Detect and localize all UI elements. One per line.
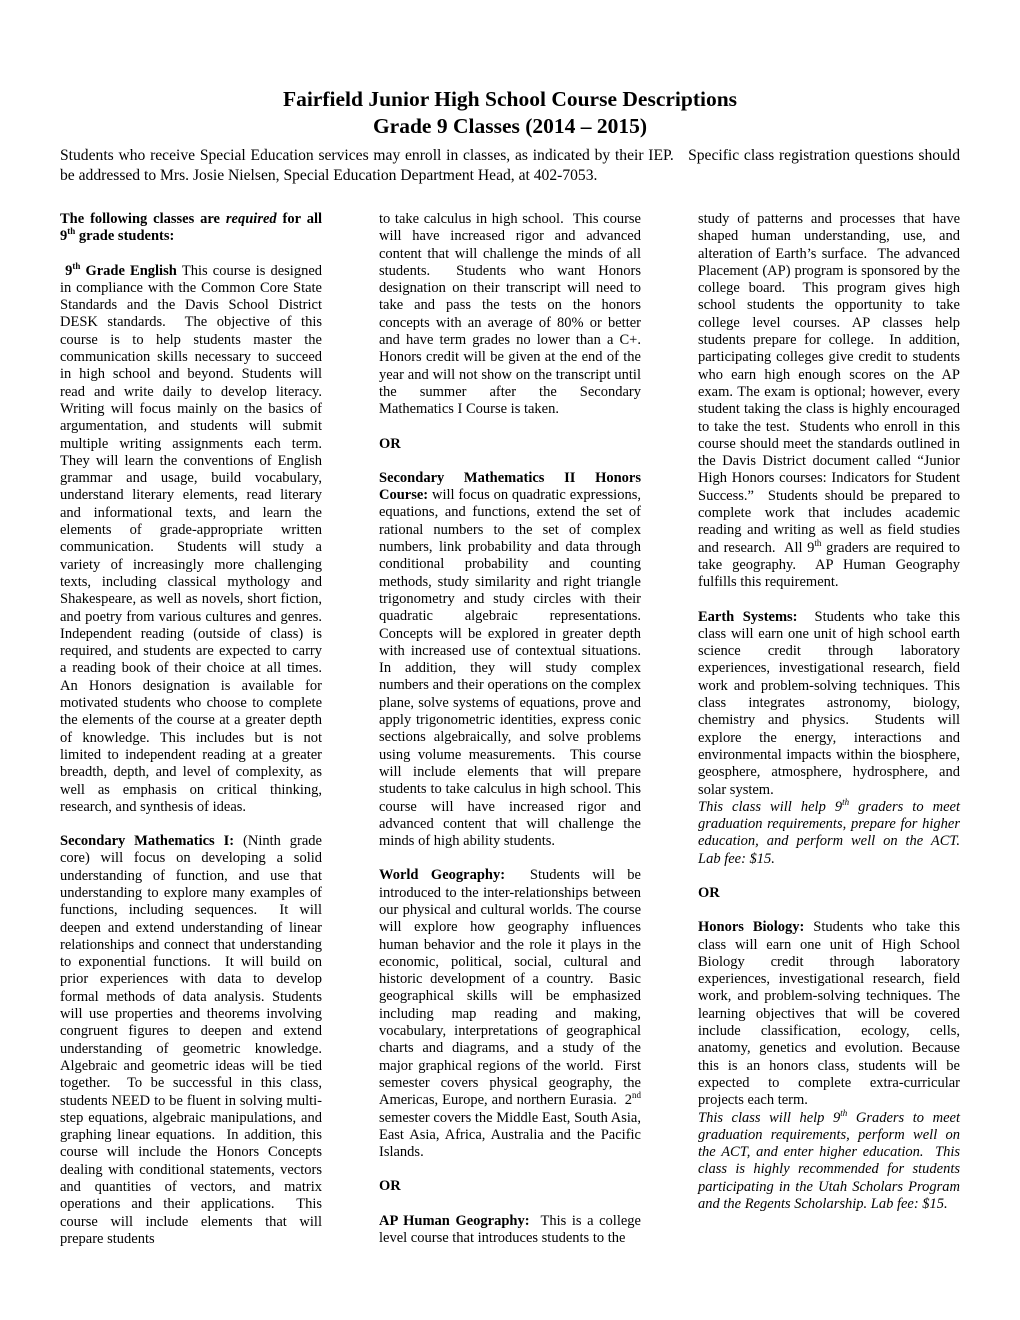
- column-3: study of patterns and processes that hav…: [698, 211, 960, 1248]
- earth-systems-paragraph: Earth Systems: Students who take this cl…: [698, 609, 960, 799]
- ninth-grade-english-paragraph: 9th Grade English This course is designe…: [60, 263, 322, 817]
- text-run: to take calculus in high school. This co…: [379, 211, 648, 417]
- three-column-layout: The following classes are required for a…: [60, 211, 960, 1248]
- text-run: OR: [379, 436, 401, 452]
- document-page: Fairfield Junior High School Course Desc…: [0, 0, 1020, 1320]
- text-run: grade students:: [75, 228, 174, 244]
- text-run: Earth Systems:: [698, 609, 806, 625]
- text-run: nd: [632, 1090, 641, 1100]
- document-title: Fairfield Junior High School Course Desc…: [60, 86, 960, 113]
- text-run: Secondary Mathematics I:: [60, 833, 243, 849]
- text-run: This class will help 9: [698, 799, 842, 815]
- text-run: study of patterns and processes that hav…: [698, 211, 964, 556]
- secondary-mathematics-2-honors-paragraph: Secondary Mathematics II Honors Course: …: [379, 470, 641, 851]
- earth-systems-note-italic: This class will help 9th graders to meet…: [698, 799, 960, 868]
- text-run: OR: [379, 1178, 401, 1194]
- honors-biology-note-italic: This class will help 9th Graders to meet…: [698, 1110, 960, 1214]
- text-run: World Geography:: [379, 867, 517, 883]
- text-run: AP Human Geography:: [379, 1213, 535, 1229]
- text-run: OR: [698, 885, 720, 901]
- text-run: Students who take this class will earn o…: [698, 919, 964, 1108]
- text-run: This class will help 9: [698, 1110, 840, 1126]
- text-run: Honors Biology:: [698, 919, 813, 935]
- ap-human-geography-paragraph: AP Human Geography: This is a college le…: [379, 1213, 641, 1248]
- secondary-mathematics-1-paragraph: Secondary Mathematics I: (Ninth grade co…: [60, 833, 322, 1248]
- text-run: required: [226, 211, 277, 227]
- or-divider: OR: [379, 1178, 641, 1195]
- or-divider: OR: [698, 885, 960, 902]
- text-run: will focus on quadratic expressions, equ…: [379, 487, 648, 849]
- text-run: Grade English: [80, 263, 182, 279]
- column-1: The following classes are required for a…: [60, 211, 322, 1248]
- required-classes-heading: The following classes are required for a…: [60, 211, 322, 246]
- secondary-mathematics-1-continued: to take calculus in high school. This co…: [379, 211, 641, 419]
- column-2: to take calculus in high school. This co…: [379, 211, 641, 1248]
- document-subtitle: Grade 9 Classes (2014 – 2015): [60, 113, 960, 140]
- text-run: 9: [60, 263, 72, 279]
- text-run: The following classes are: [60, 211, 226, 227]
- ap-human-geography-continued: study of patterns and processes that hav…: [698, 211, 960, 592]
- text-run: Students will be introduced to the inter…: [379, 867, 645, 1108]
- text-run: This course is designed in compliance wi…: [60, 263, 329, 815]
- intro-paragraph: Students who receive Special Education s…: [60, 146, 960, 186]
- or-divider: OR: [379, 436, 641, 453]
- text-run: Students who take this class will earn o…: [698, 609, 964, 798]
- text-run: (Ninth grade core) will focus on develop…: [60, 833, 329, 1247]
- honors-biology-paragraph: Honors Biology: Students who take this c…: [698, 919, 960, 1109]
- world-geography-paragraph: World Geography: Students will be introd…: [379, 867, 641, 1161]
